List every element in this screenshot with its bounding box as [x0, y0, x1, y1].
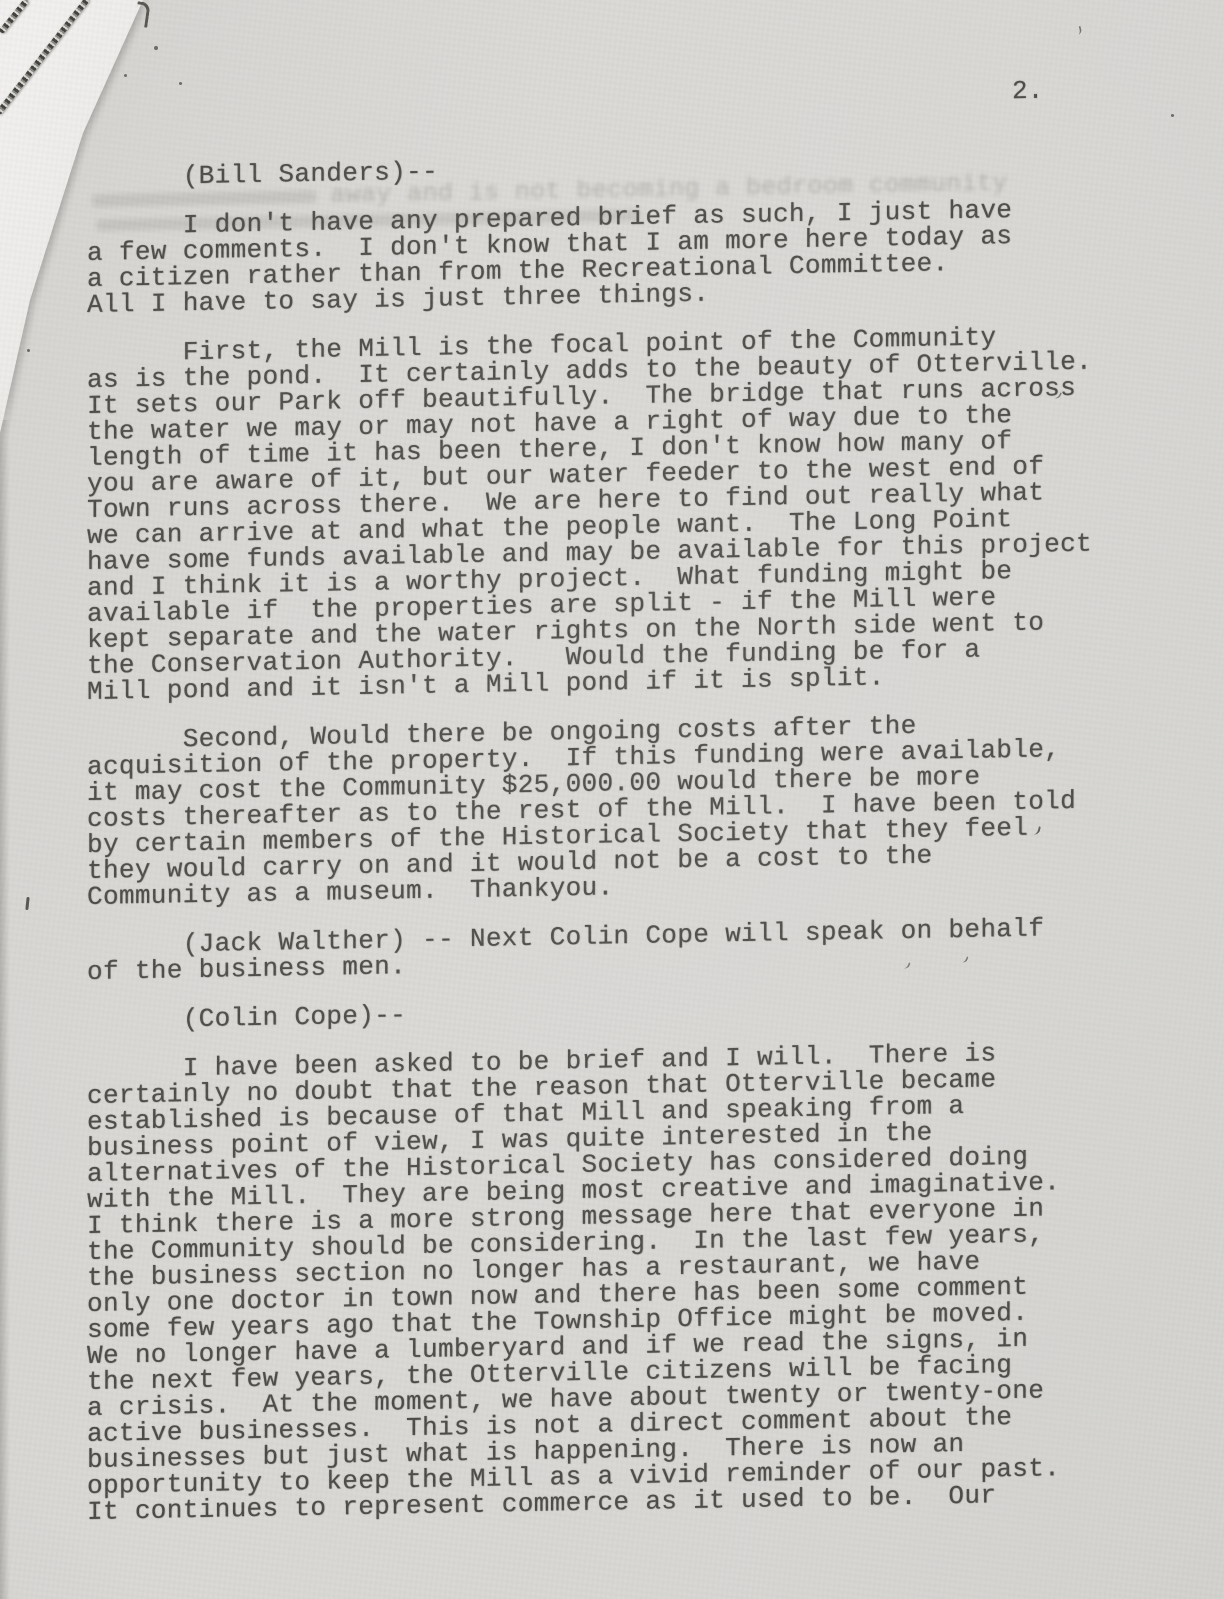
ink-speck: [1171, 114, 1174, 117]
scanned-document-page: away and is not becoming a bedroom commu…: [0, 0, 1224, 1599]
ink-speck: [154, 46, 158, 50]
speaker-heading-colin-cope: (Colin Cope)--: [87, 989, 1147, 1034]
paragraph-jack-walther: (Jack Walther) -- Next Colin Cope will s…: [87, 914, 1147, 985]
typewritten-text-block: (Bill Sanders)-- I don't have any prepar…: [87, 146, 1147, 1525]
paragraph-colin-cope-speech: I have been asked to be brief and I will…: [87, 1038, 1147, 1525]
typed-content: 2. (Bill Sanders)-- I don't have any pre…: [0, 0, 1224, 1599]
speaker-heading-bill-sanders: (Bill Sanders)--: [87, 146, 1147, 191]
paragraph-second-point: Second, Would there be ongoing costs aft…: [87, 709, 1147, 910]
ink-speck: [27, 349, 30, 352]
paragraph-intro: I don't have any prepared brief as such,…: [87, 195, 1147, 318]
page-number: 2.: [1012, 76, 1044, 107]
ink-speck: [179, 82, 182, 85]
ink-speck: [124, 74, 127, 77]
paragraph-first-point: First, the Mill is the focal point of th…: [87, 322, 1147, 705]
